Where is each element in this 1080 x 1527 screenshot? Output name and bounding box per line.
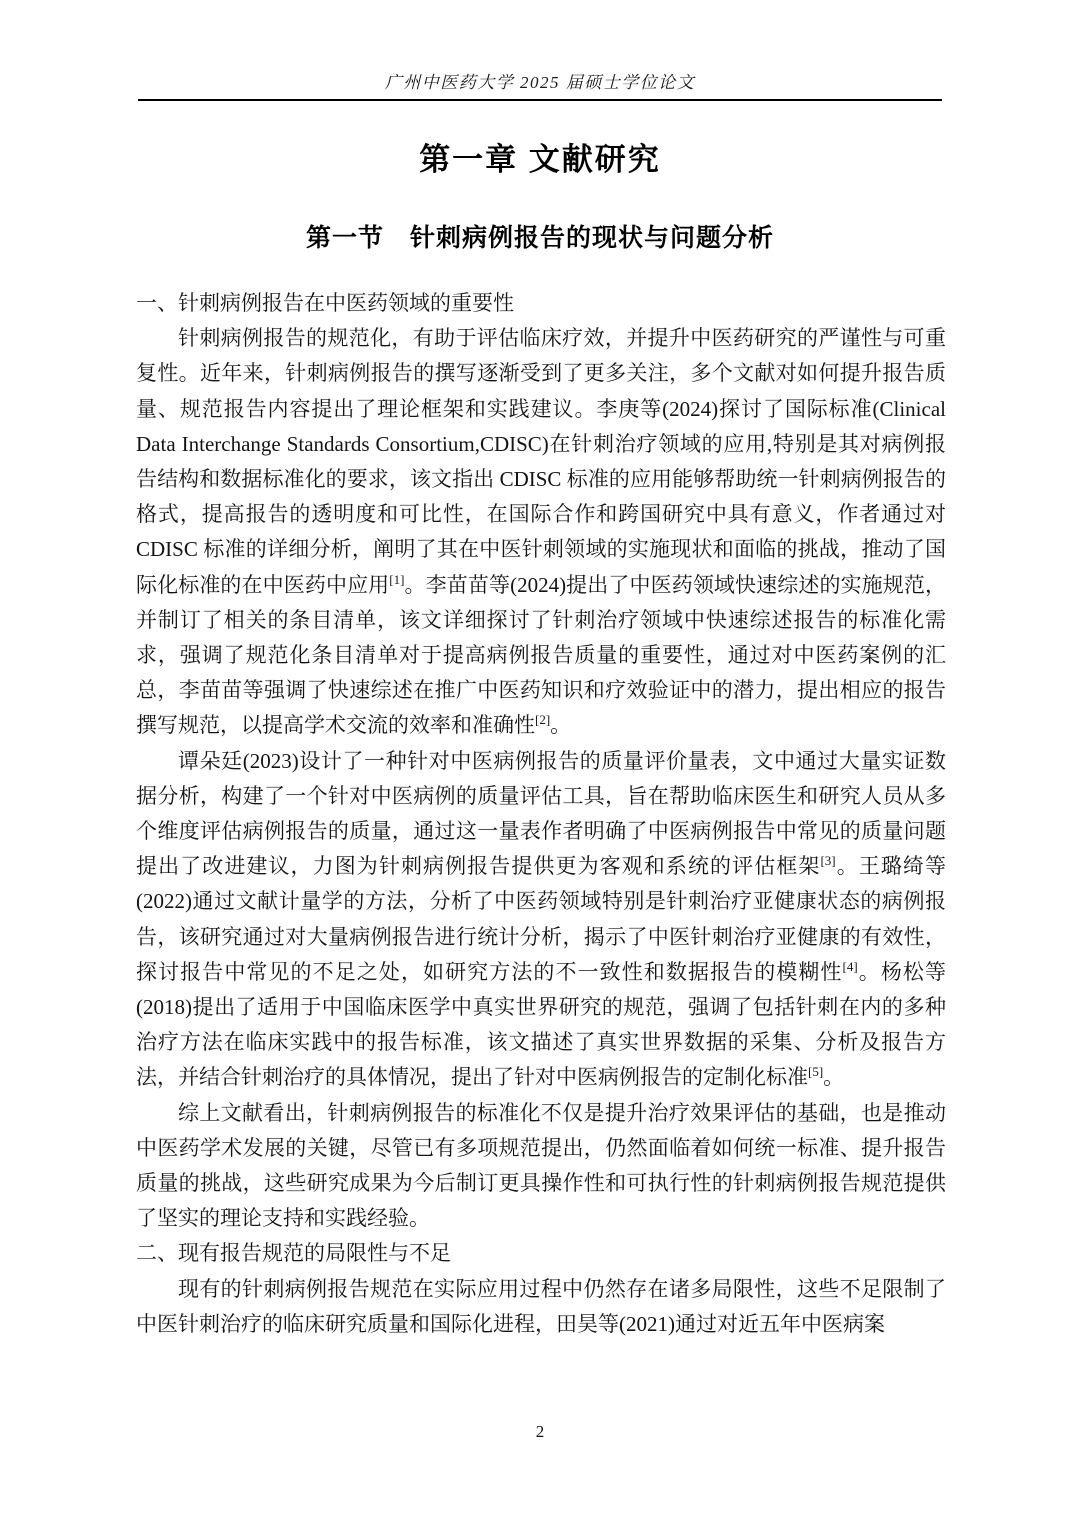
citation-superscript: [3] [820, 853, 835, 868]
subheading-importance: 一、针刺病例报告在中医药领域的重要性 [136, 286, 946, 321]
paragraph-importance-1: 针刺病例报告的规范化，有助于评估临床疗效，并提升中医药研究的严谨性与可重复性。近… [136, 321, 946, 743]
citation-superscript: [2] [535, 712, 550, 727]
text-segment: 综上文献看出，针刺病例报告的标准化不仅是提升治疗效果评估的基础，也是推动中医药学… [136, 1101, 946, 1231]
running-header: 广州中医药大学 2025 届硕士学位论文 [0, 68, 1080, 93]
citation-superscript: [4] [843, 959, 858, 974]
body-content: 一、针刺病例报告在中医药领域的重要性 针刺病例报告的规范化，有助于评估临床疗效，… [136, 286, 946, 1342]
citation-superscript: [1] [389, 572, 404, 587]
paragraph-importance-2: 谭朵廷(2023)设计了一种针对中医病例报告的质量评价量表，文中通过大量实证数据… [136, 744, 946, 1096]
subheading-limitations: 二、现有报告规范的局限性与不足 [136, 1236, 946, 1271]
running-header-title: 广州中医药大学 2025 届硕士学位论文 [385, 73, 696, 92]
text-segment: 现有的针刺病例报告规范在实际应用过程中仍然存在诸多局限性，这些不足限制了中医针刺… [136, 1277, 946, 1336]
section-title: 第一节 针刺病例报告的现状与问题分析 [0, 218, 1080, 254]
page-number: 2 [0, 1422, 1080, 1442]
citation-superscript: [5] [808, 1064, 823, 1079]
paragraph-importance-summary: 综上文献看出，针刺病例报告的标准化不仅是提升治疗效果评估的基础，也是推动中医药学… [136, 1096, 946, 1237]
text-segment: 。 [823, 1065, 844, 1089]
header-divider-line [138, 99, 942, 101]
paragraph-limitations-1: 现有的针刺病例报告规范在实际应用过程中仍然存在诸多局限性，这些不足限制了中医针刺… [136, 1272, 946, 1342]
text-segment: 。 [550, 713, 571, 737]
thesis-page: 广州中医药大学 2025 届硕士学位论文 第一章 文献研究 第一节 针刺病例报告… [0, 0, 1080, 1527]
text-segment: 针刺病例报告的规范化，有助于评估临床疗效，并提升中医药研究的严谨性与可重复性。近… [136, 326, 946, 596]
chapter-title: 第一章 文献研究 [0, 134, 1080, 179]
